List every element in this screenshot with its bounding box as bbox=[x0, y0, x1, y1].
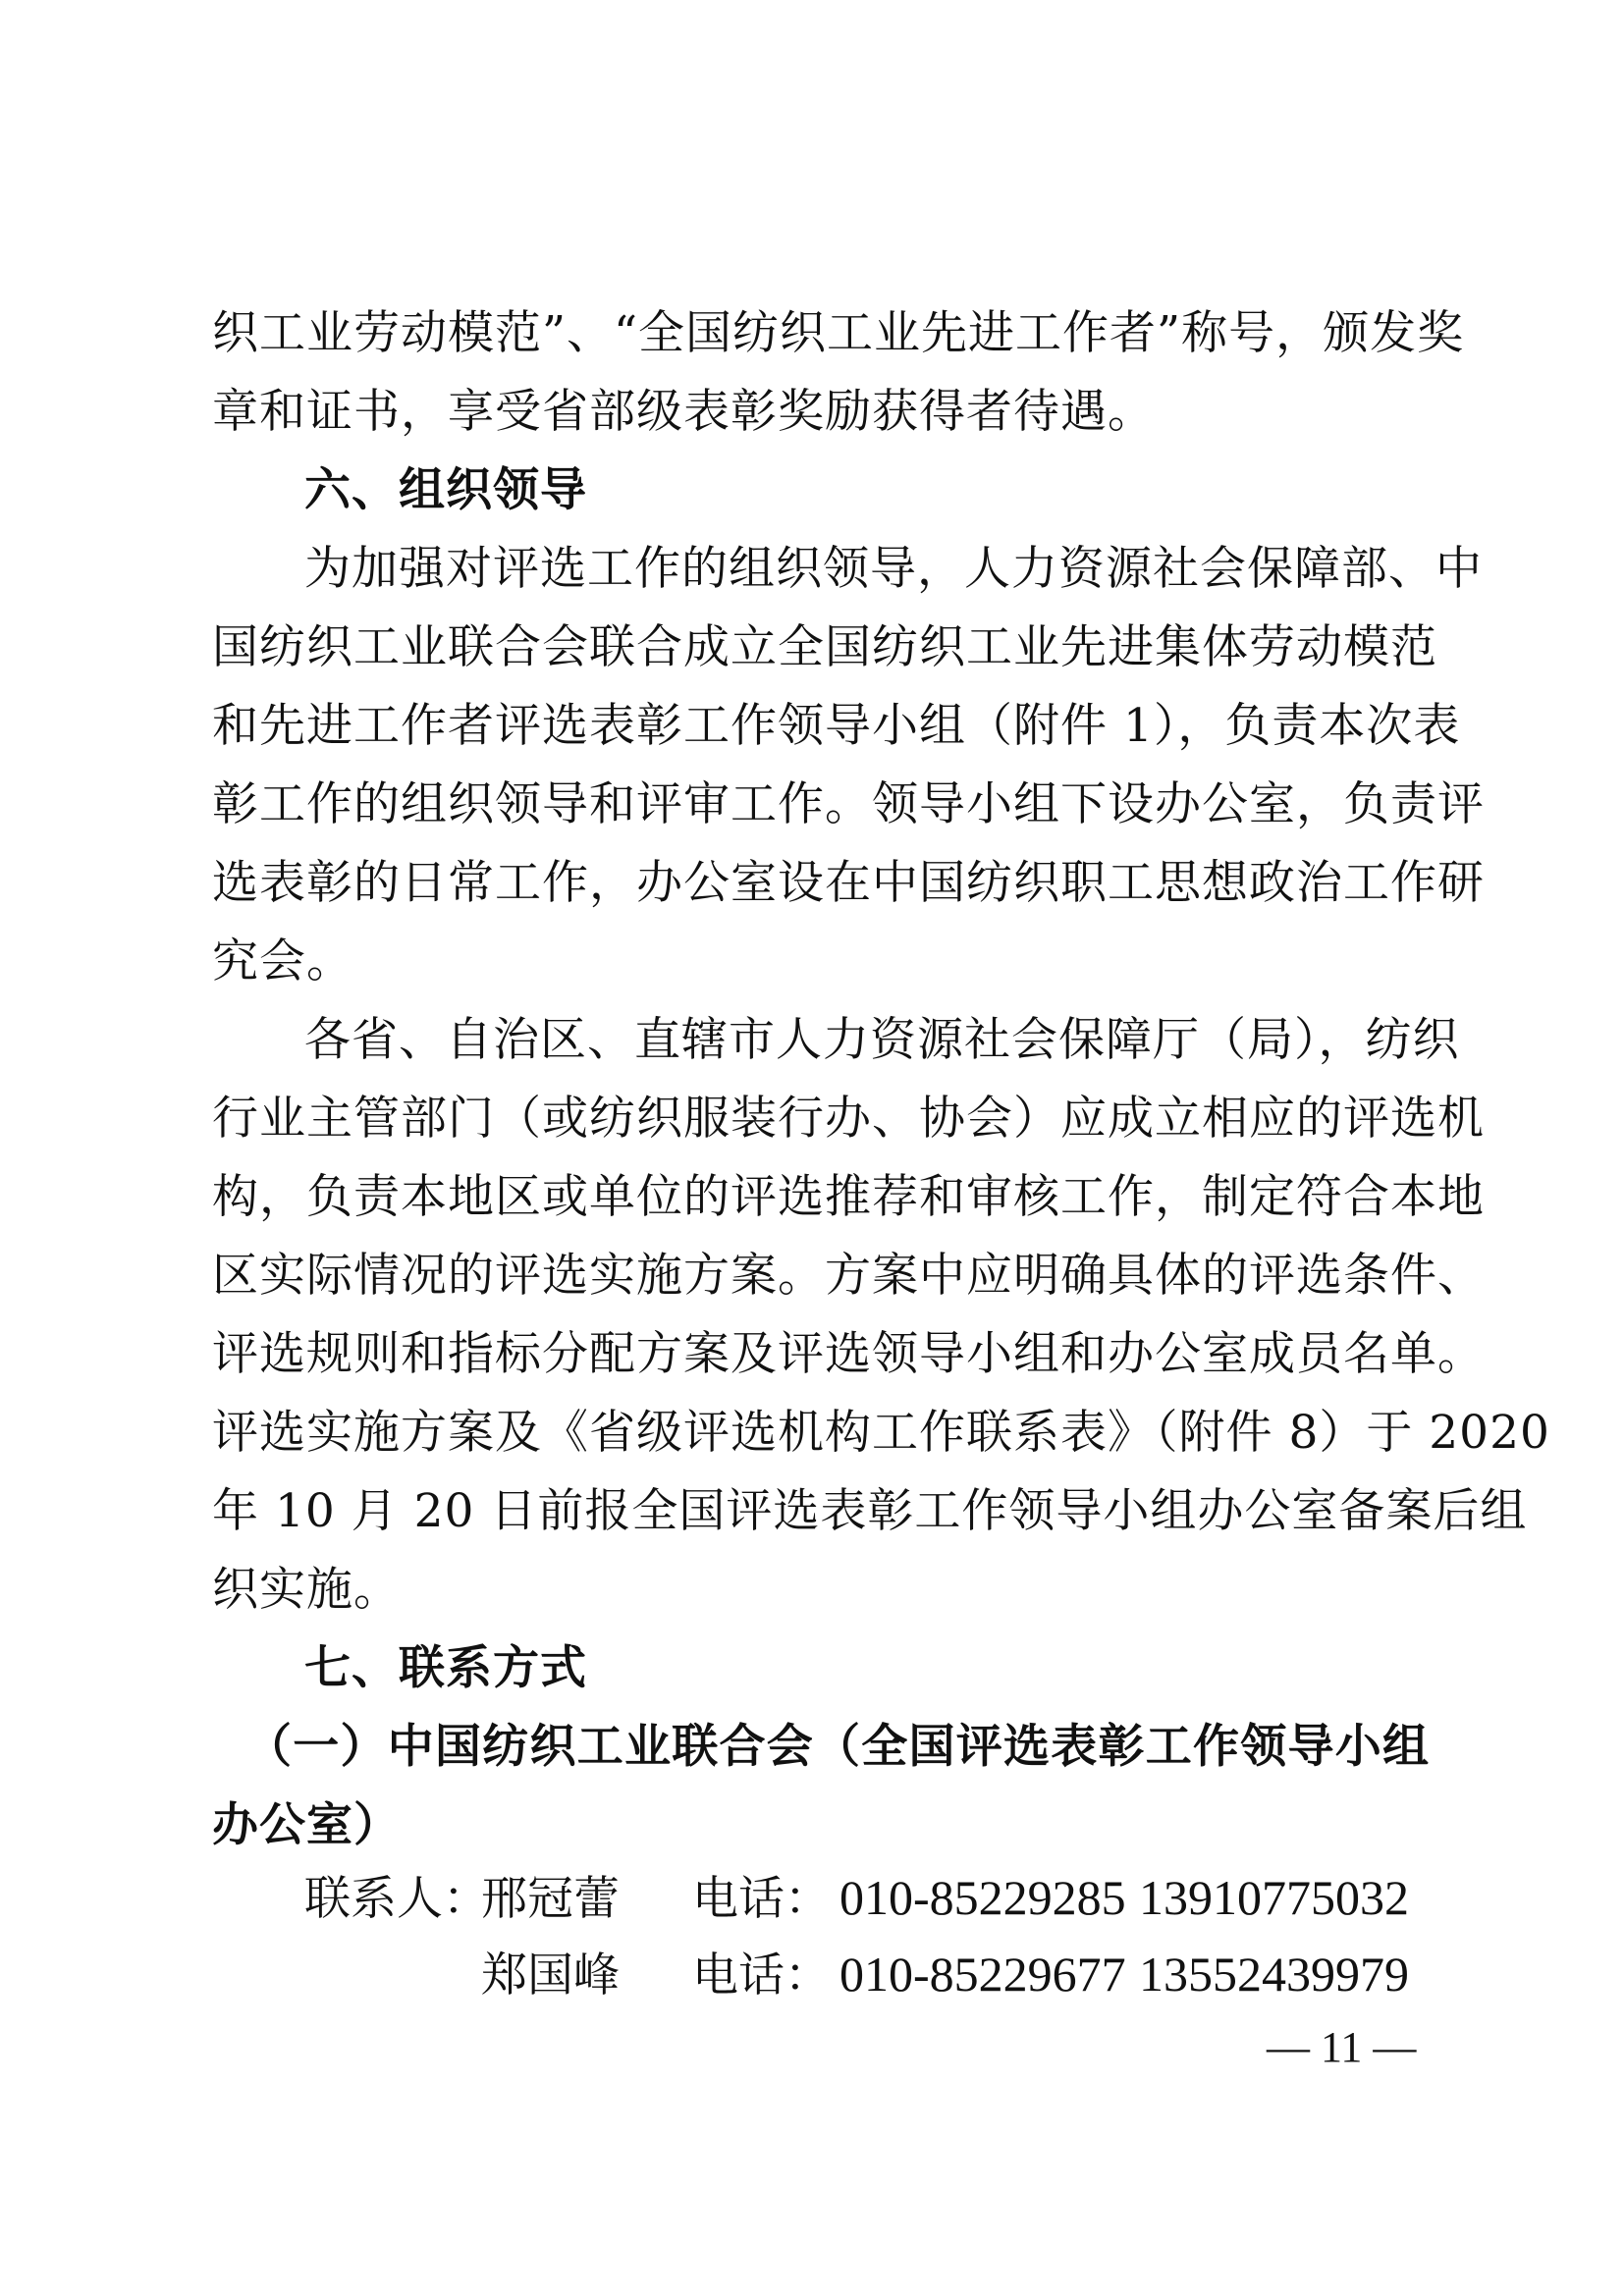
phone-label: 电话： bbox=[692, 1870, 831, 1929]
section-heading-organization: 六、组织领导 bbox=[304, 461, 1430, 520]
page-number: — 11 — bbox=[1267, 2022, 1416, 2072]
body-text-line: 构，负责本地区或单位的评选推荐和审核工作，制定符合本地 bbox=[212, 1168, 1430, 1227]
body-text-line: 国纺织工业联合会联合成立全国纺织工业先进集体劳动模范 bbox=[212, 618, 1430, 677]
section-heading-contact: 七、联系方式 bbox=[304, 1639, 1430, 1698]
body-text-line: 各省、自治区、直辖市人力资源社会保障厅（局），纺织 bbox=[304, 1011, 1430, 1070]
contact-name: 郑国峰 bbox=[481, 1947, 620, 2005]
body-text-line: 织工业劳动模范”、“全国纺织工业先进工作者”称号，颁发奖 bbox=[212, 304, 1430, 363]
body-text-line: 选表彰的日常工作，办公室设在中国纺织职工思想政治工作研 bbox=[212, 854, 1430, 913]
mobile-number: 13552439979 bbox=[1139, 1945, 1409, 2003]
phone-label: 电话： bbox=[692, 1947, 831, 2005]
body-text-line: 章和证书，享受省部级表彰奖励获得者待遇。 bbox=[212, 383, 1430, 442]
contact-name: 邢冠蕾 bbox=[481, 1870, 620, 1929]
body-text-line: 为加强对评选工作的组织领导，人力资源社会保障部、中 bbox=[304, 540, 1430, 599]
phone-number: 010-85229285 bbox=[839, 1868, 1126, 1927]
body-text-line: 评选规则和指标分配方案及评选领导小组和办公室成员名单。 bbox=[212, 1325, 1430, 1384]
subsection-heading-cont: 办公室） bbox=[212, 1796, 1430, 1855]
body-text-line: 究会。 bbox=[212, 933, 1430, 991]
body-text-line: 织实施。 bbox=[212, 1561, 1430, 1620]
body-text-line: 行业主管部门（或纺织服装行办、协会）应成立相应的评选机 bbox=[212, 1090, 1430, 1148]
body-text-line: 评选实施方案及《省级评选机构工作联系表》（附件 8）于 2020 bbox=[212, 1404, 1430, 1463]
subsection-heading: （一）中国纺织工业联合会（全国评选表彰工作领导小组 bbox=[245, 1718, 1430, 1777]
mobile-number: 13910775032 bbox=[1139, 1868, 1409, 1927]
body-text-line: 彰工作的组织领导和评审工作。领导小组下设办公室，负责评 bbox=[212, 775, 1430, 834]
phone-number: 010-85229677 bbox=[839, 1945, 1126, 2003]
contact-label: 联系人： bbox=[304, 1870, 489, 1929]
body-text-line: 年 10 月 20 日前报全国评选表彰工作领导小组办公室备案后组 bbox=[212, 1482, 1430, 1541]
body-text-line: 区实际情况的评选实施方案。方案中应明确具体的评选条件、 bbox=[212, 1247, 1430, 1306]
body-text-line: 和先进工作者评选表彰工作领导小组（附件 1），负责本次表 bbox=[212, 697, 1430, 756]
